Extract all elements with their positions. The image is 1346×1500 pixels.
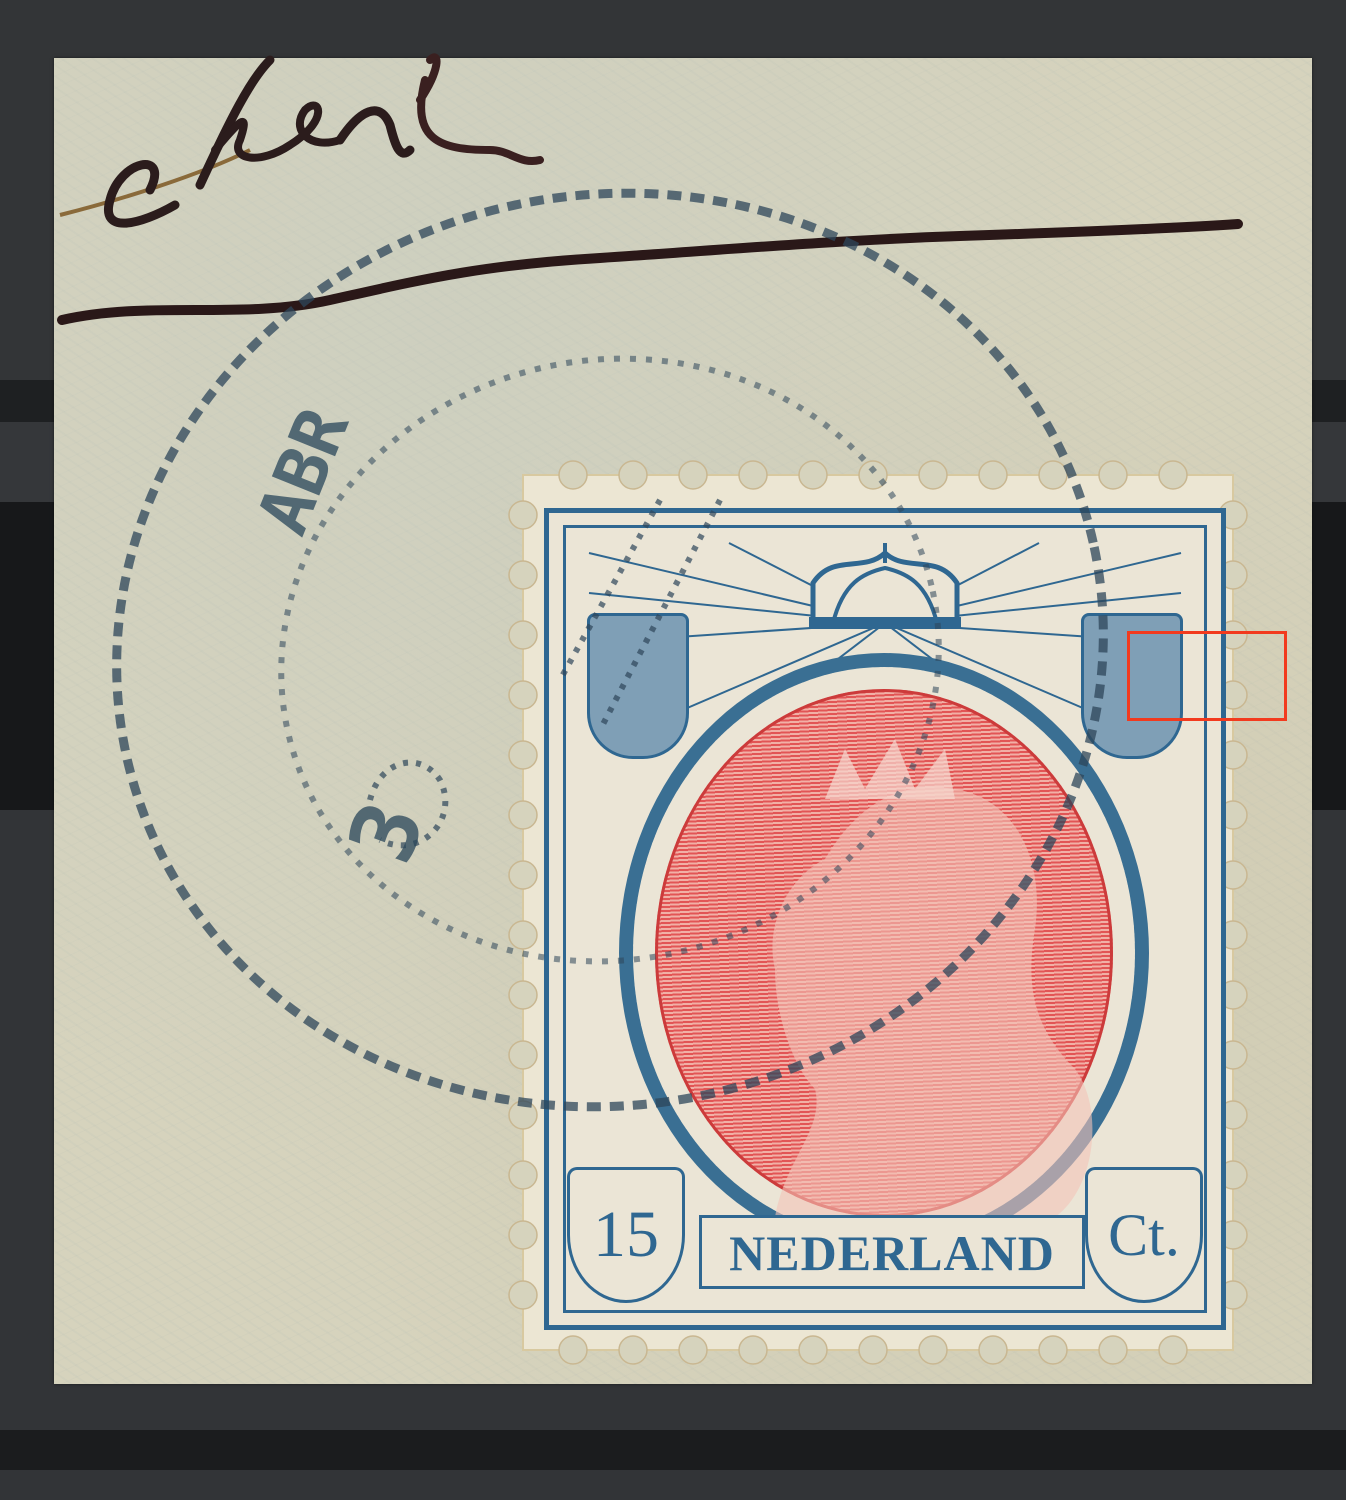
highlight-box	[1127, 631, 1287, 721]
postmark	[0, 0, 1346, 1500]
